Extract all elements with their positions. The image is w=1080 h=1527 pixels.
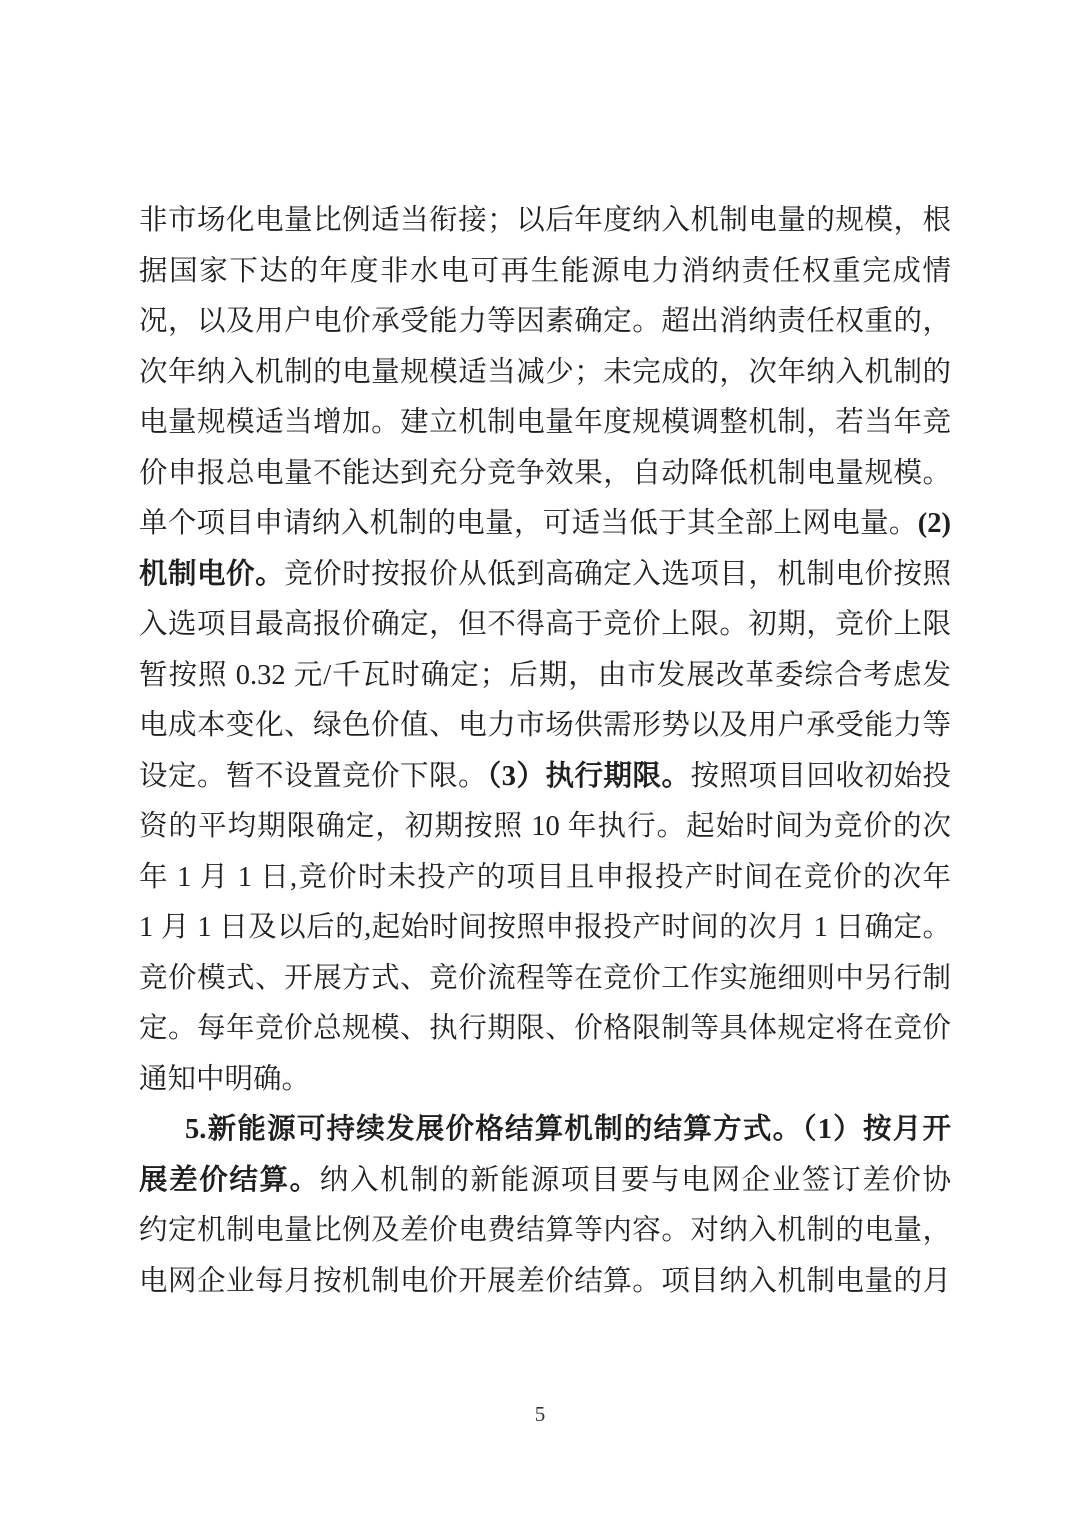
text-segment: 电网企业每月按机制电价开展差价结算。项目纳入机制电量的月	[139, 1266, 951, 1297]
bold-text-segment: 5.新能源可持续发展价格结算机制的结算方式。（1）按月开	[185, 1114, 951, 1145]
text-segment: 入选项目最高报价确定，但不得高于竞价上限。初期，竞价上限	[139, 609, 951, 640]
text-line: 非市场化电量比例适当衔接；以后年度纳入机制电量的规模，根	[139, 196, 951, 247]
text-line: 资的平均期限确定，初期按照 10 年执行。起始时间为竞价的次	[139, 802, 951, 853]
document-page: 非市场化电量比例适当衔接；以后年度纳入机制电量的规模，根据国家下达的年度非水电可…	[0, 0, 1080, 1527]
text-line: 单个项目申请纳入机制的电量，可适当低于其全部上网电量。(2)	[139, 499, 951, 550]
document-body: 非市场化电量比例适当衔接；以后年度纳入机制电量的规模，根据国家下达的年度非水电可…	[139, 196, 951, 1307]
text-line: 电成本变化、绿色价值、电力市场供需形势以及用户承受能力等	[139, 701, 951, 752]
text-segment: 通知中明确。	[139, 1064, 310, 1095]
text-segment: 设定。暂不设置竞价下限。	[139, 761, 487, 792]
text-line: 入选项目最高报价确定，但不得高于竞价上限。初期，竞价上限	[139, 600, 951, 651]
page-number: 5	[0, 1402, 1080, 1427]
bold-text-segment: 展差价结算。	[139, 1165, 320, 1196]
text-line: 机制电价。竞价时按报价从低到高确定入选项目，机制电价按照	[139, 550, 951, 601]
bold-text-segment: （3）执行期限。	[487, 761, 691, 792]
bold-text-segment: (2)	[918, 508, 951, 539]
text-line: 况，以及用户电价承受能力等因素确定。超出消纳责任权重的，	[139, 297, 951, 348]
text-segment: 暂按照 0.32 元/千瓦时确定；后期，由市发展改革委综合考虑发	[139, 660, 951, 691]
text-segment: 况，以及用户电价承受能力等因素确定。超出消纳责任权重的，	[139, 306, 951, 337]
text-segment: 非市场化电量比例适当衔接；以后年度纳入机制电量的规模，根	[139, 205, 951, 236]
text-segment: 定。每年竞价总规模、执行期限、价格限制等具体规定将在竞价	[139, 1013, 951, 1044]
text-segment: 电量规模适当增加。建立机制电量年度规模调整机制，若当年竞	[139, 407, 951, 438]
text-line: 电网企业每月按机制电价开展差价结算。项目纳入机制电量的月	[139, 1257, 951, 1308]
text-line: 价申报总电量不能达到充分竞争效果，自动降低机制电量规模。	[139, 449, 951, 500]
text-segment: 竞价时按报价从低到高确定入选项目，机制电价按照	[284, 559, 951, 590]
text-line: 暂按照 0.32 元/千瓦时确定；后期，由市发展改革委综合考虑发	[139, 651, 951, 702]
text-line: 次年纳入机制的电量规模适当减少；未完成的，次年纳入机制的	[139, 348, 951, 399]
text-line: 竞价模式、开展方式、竞价流程等在竞价工作实施细则中另行制	[139, 954, 951, 1005]
text-line: 5.新能源可持续发展价格结算机制的结算方式。（1）按月开	[139, 1105, 951, 1156]
text-line: 通知中明确。	[139, 1055, 951, 1106]
text-line: 据国家下达的年度非水电可再生能源电力消纳责任权重完成情	[139, 247, 951, 298]
text-line: 约定机制电量比例及差价电费结算等内容。对纳入机制的电量，	[139, 1206, 951, 1257]
text-segment: 价申报总电量不能达到充分竞争效果，自动降低机制电量规模。	[139, 458, 951, 489]
text-segment: 按照项目回收初始投	[690, 761, 951, 792]
text-segment: 约定机制电量比例及差价电费结算等内容。对纳入机制的电量，	[139, 1215, 951, 1246]
text-line: 展差价结算。纳入机制的新能源项目要与电网企业签订差价协议，	[139, 1156, 951, 1207]
text-line: 年 1 月 1 日,竞价时未投产的项目且申报投产时间在竞价的次年	[139, 853, 951, 904]
text-segment: 竞价模式、开展方式、竞价流程等在竞价工作实施细则中另行制	[139, 963, 951, 994]
bold-text-segment: 机制电价。	[139, 559, 284, 590]
text-segment: 1 月 1 日及以后的,起始时间按照申报投产时间的次月 1 日确定。	[139, 912, 951, 943]
text-line: 电量规模适当增加。建立机制电量年度规模调整机制，若当年竞	[139, 398, 951, 449]
text-line: 1 月 1 日及以后的,起始时间按照申报投产时间的次月 1 日确定。	[139, 903, 951, 954]
text-line: 定。每年竞价总规模、执行期限、价格限制等具体规定将在竞价	[139, 1004, 951, 1055]
text-segment: 据国家下达的年度非水电可再生能源电力消纳责任权重完成情	[139, 256, 951, 287]
text-line: 设定。暂不设置竞价下限。（3）执行期限。按照项目回收初始投	[139, 752, 951, 803]
text-segment: 资的平均期限确定，初期按照 10 年执行。起始时间为竞价的次	[139, 811, 951, 842]
text-segment: 电成本变化、绿色价值、电力市场供需形势以及用户承受能力等	[139, 710, 951, 741]
text-segment: 次年纳入机制的电量规模适当减少；未完成的，次年纳入机制的	[139, 357, 951, 388]
text-segment: 单个项目申请纳入机制的电量，可适当低于其全部上网电量。	[139, 508, 918, 539]
text-segment: 年 1 月 1 日,竞价时未投产的项目且申报投产时间在竞价的次年	[139, 862, 951, 893]
